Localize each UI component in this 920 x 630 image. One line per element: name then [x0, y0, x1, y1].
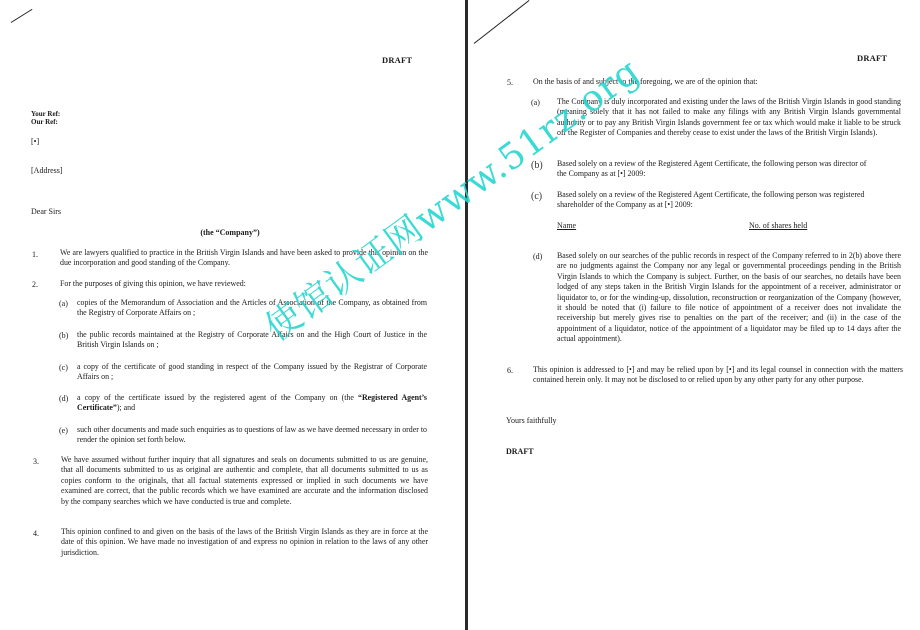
reviewed-item-b: the public records maintained at the Reg…	[77, 330, 427, 351]
paragraph-5: On the basis of and subject to the foreg…	[533, 77, 903, 87]
item-label: (d)	[59, 394, 68, 403]
pen-stroke-mark	[474, 0, 530, 44]
draft-header: DRAFT	[857, 53, 887, 63]
opinion-d: Based solely on our searches of the publ…	[557, 251, 901, 345]
reviewed-item-a: copies of the Memorandum of Association …	[77, 298, 427, 319]
salutation: Dear Sirs	[31, 207, 61, 218]
item-label: (a)	[59, 299, 68, 308]
item-d-text: a copy of the certificate issued by the …	[77, 393, 358, 402]
opinion-c: Based solely on a review of the Register…	[557, 190, 877, 211]
paragraph-number: 6.	[507, 366, 513, 375]
draft-header: DRAFT	[382, 55, 412, 65]
item-d-text-end: ); and	[117, 403, 135, 412]
shares-held-column: No. of shares held	[749, 221, 807, 232]
subject-heading: (the “Company”)	[130, 228, 330, 239]
document-page-left: DRAFT Your Ref: Our Ref: [•] [Address] D…	[0, 0, 465, 630]
paragraph-number: 3.	[33, 457, 39, 466]
reviewed-item-c: a copy of the certificate of good standi…	[77, 362, 427, 383]
paragraph-number: 5.	[507, 78, 513, 87]
signature-draft: DRAFT	[506, 447, 534, 458]
paragraph-6: This opinion is addressed to [•] and may…	[533, 365, 903, 386]
paragraph-1: We are lawyers qualified to practice in …	[60, 248, 428, 269]
item-label: (e)	[59, 426, 68, 435]
paragraph-4: This opinion confined to and given on th…	[61, 527, 428, 558]
shareholder-name-column: Name	[557, 221, 576, 232]
our-ref-label: Our Ref:	[31, 118, 58, 126]
opinion-label-corrected: (c)	[531, 191, 542, 202]
paragraph-3: We have assumed without further inquiry …	[61, 455, 428, 507]
paragraph-number: 1.	[32, 250, 38, 259]
reviewed-item-d: a copy of the certificate issued by the …	[77, 393, 427, 414]
item-label: (c)	[59, 363, 68, 372]
address-placeholder: [Address]	[31, 166, 63, 177]
opinion-a: The Company is duly incorporated and exi…	[557, 97, 901, 139]
document-page-right: DRAFT 5. On the basis of and subject to …	[468, 0, 920, 630]
paragraph-2: For the purposes of giving this opinion,…	[60, 279, 428, 289]
opinion-label: (a)	[531, 98, 540, 107]
your-ref-label: Your Ref:	[31, 110, 60, 118]
opinion-label: (d)	[533, 252, 542, 261]
item-label: (b)	[59, 331, 68, 340]
paragraph-number: 4.	[33, 529, 39, 538]
opinion-label-corrected: (b)	[531, 160, 543, 171]
paragraph-number: 2.	[32, 280, 38, 289]
closing: Yours faithfully	[506, 416, 557, 427]
opinion-b: Based solely on a review of the Register…	[557, 159, 875, 180]
addressee-placeholder: [•]	[31, 137, 39, 148]
pen-stroke-mark	[11, 9, 33, 23]
reviewed-item-e: such other documents and made such enqui…	[77, 425, 427, 446]
